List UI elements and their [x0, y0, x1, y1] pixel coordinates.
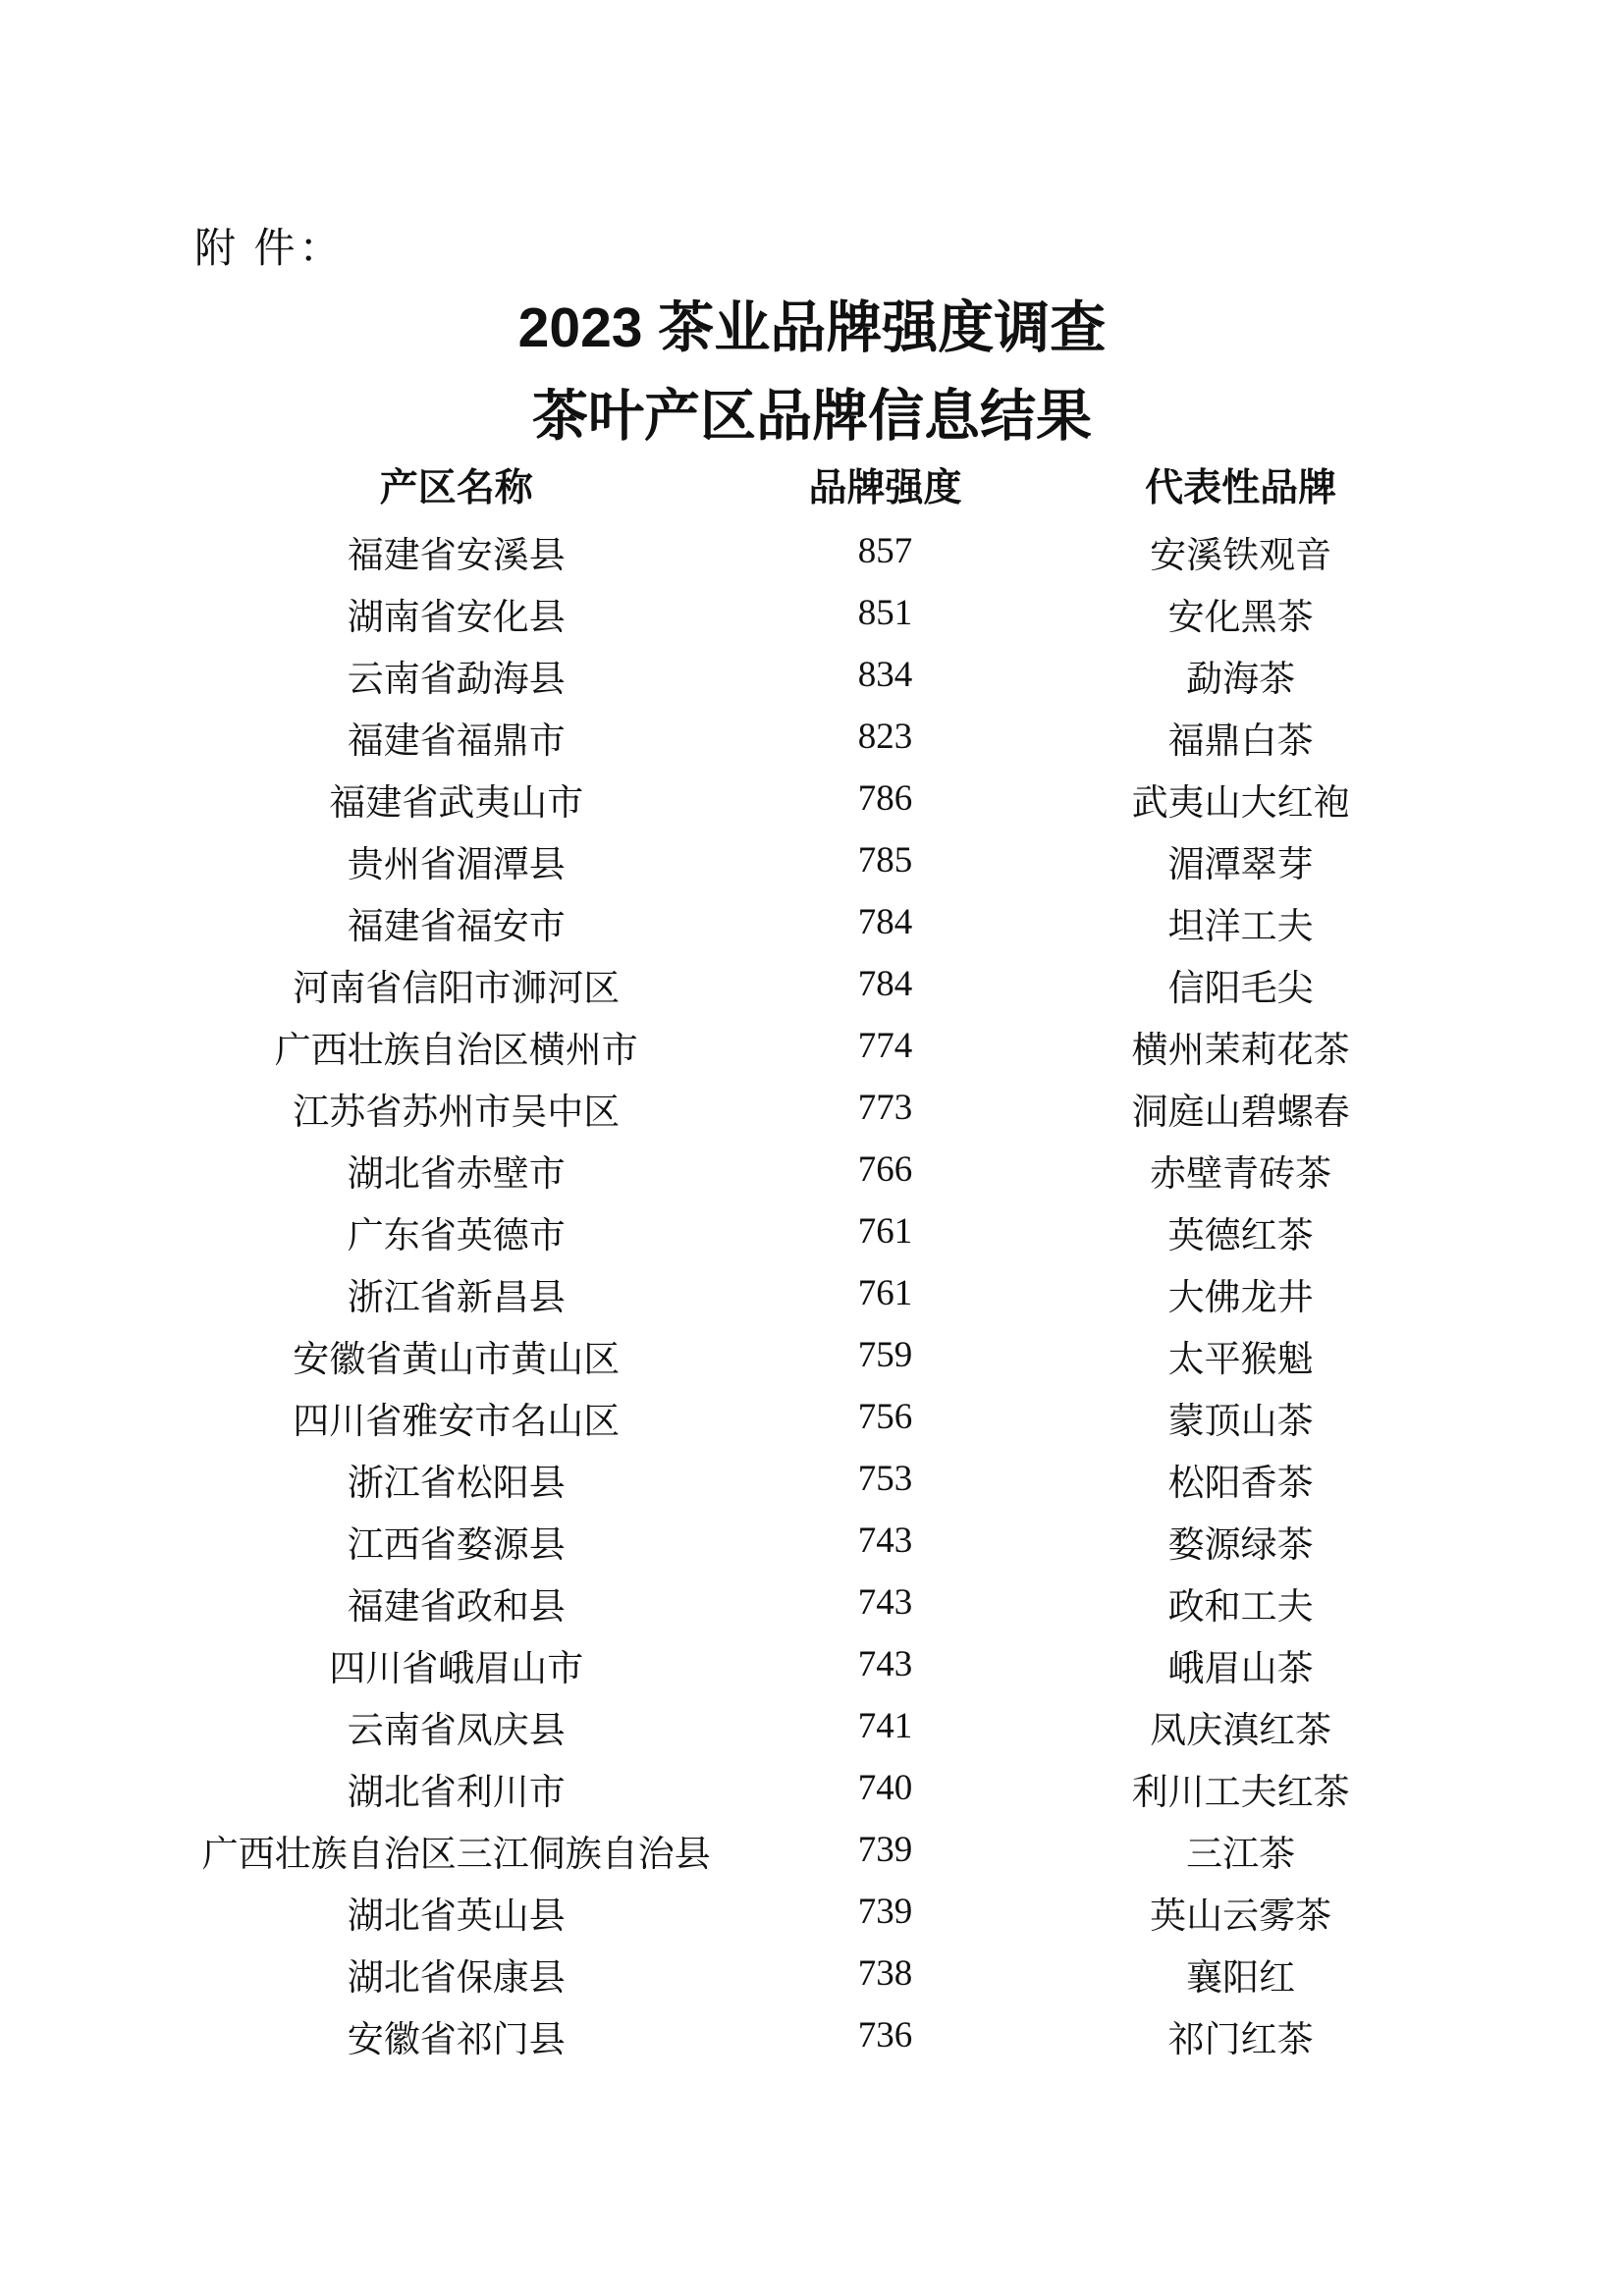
strength-cell: 736 — [766, 2014, 1005, 2056]
strength-cell: 761 — [766, 1210, 1005, 1253]
brand-cell: 洞庭山碧螺春 — [1004, 1082, 1477, 1135]
region-cell: 福建省武夷山市 — [147, 773, 766, 826]
table-row: 湖南省安化县 851 安化黑茶 — [147, 582, 1477, 644]
region-cell: 浙江省松阳县 — [147, 1453, 766, 1506]
header-brand-strength: 品牌强度 — [766, 457, 1005, 512]
brand-cell: 祁门红茶 — [1004, 2009, 1477, 2062]
region-cell: 湖北省保康县 — [147, 1948, 766, 2001]
region-cell: 湖北省英山县 — [147, 1886, 766, 1939]
strength-cell: 759 — [766, 1334, 1005, 1376]
strength-cell: 743 — [766, 1520, 1005, 1562]
table-row: 湖北省英山县 739 英山云雾茶 — [147, 1881, 1477, 1943]
brand-cell: 武夷山大红袍 — [1004, 773, 1477, 826]
region-cell: 江西省婺源县 — [147, 1515, 766, 1568]
header-region-name: 产区名称 — [147, 457, 766, 512]
strength-cell: 857 — [766, 530, 1005, 572]
strength-cell: 740 — [766, 1767, 1005, 1809]
region-cell: 云南省凤庆县 — [147, 1700, 766, 1753]
region-cell: 福建省福鼎市 — [147, 711, 766, 764]
document-title-line2: 茶叶产区品牌信息结果 — [0, 386, 1624, 447]
brand-cell: 利川工夫红茶 — [1004, 1762, 1477, 1815]
strength-cell: 761 — [766, 1272, 1005, 1314]
table-rows: 福建省安溪县 857 安溪铁观音 湖南省安化县 851 安化黑茶 云南省勐海县 … — [147, 520, 1477, 2066]
table-row: 贵州省湄潭县 785 湄潭翠芽 — [147, 829, 1477, 891]
table-row: 浙江省松阳县 753 松阳香茶 — [147, 1448, 1477, 1510]
strength-cell: 834 — [766, 654, 1005, 696]
strength-cell: 739 — [766, 1829, 1005, 1871]
region-cell: 河南省信阳市浉河区 — [147, 958, 766, 1011]
strength-cell: 773 — [766, 1087, 1005, 1129]
brand-cell: 赤壁青砖茶 — [1004, 1144, 1477, 1197]
region-cell: 江苏省苏州市吴中区 — [147, 1082, 766, 1135]
brand-cell: 凤庆滇红茶 — [1004, 1700, 1477, 1753]
region-cell: 浙江省新昌县 — [147, 1267, 766, 1320]
table-row: 福建省安溪县 857 安溪铁观音 — [147, 520, 1477, 582]
table-row: 云南省凤庆县 741 凤庆滇红茶 — [147, 1695, 1477, 1757]
table-row: 福建省武夷山市 786 武夷山大红袍 — [147, 768, 1477, 829]
strength-cell: 743 — [766, 1643, 1005, 1685]
region-cell: 福建省福安市 — [147, 896, 766, 949]
attachment-label: 附 件： — [194, 216, 345, 275]
table-row: 安徽省黄山市黄山区 759 太平猴魁 — [147, 1324, 1477, 1386]
table-row: 四川省雅安市名山区 756 蒙顶山茶 — [147, 1386, 1477, 1448]
table-row: 江苏省苏州市吴中区 773 洞庭山碧螺春 — [147, 1077, 1477, 1139]
strength-cell: 741 — [766, 1705, 1005, 1747]
strength-cell: 753 — [766, 1458, 1005, 1500]
document-page: 附 件： 2023 茶业品牌强度调查 茶叶产区品牌信息结果 产区名称 品牌强度 … — [0, 0, 1624, 2296]
header-representative-brand: 代表性品牌 — [1004, 457, 1477, 512]
region-cell: 云南省勐海县 — [147, 649, 766, 702]
brand-cell: 松阳香茶 — [1004, 1453, 1477, 1506]
table-row: 浙江省新昌县 761 大佛龙井 — [147, 1262, 1477, 1324]
document-title-line1: 2023 茶业品牌强度调查 — [0, 297, 1624, 358]
brand-cell: 英山云雾茶 — [1004, 1886, 1477, 1939]
strength-cell: 766 — [766, 1148, 1005, 1191]
region-cell: 四川省雅安市名山区 — [147, 1391, 766, 1444]
region-cell: 广西壮族自治区横州市 — [147, 1020, 766, 1073]
region-cell: 广西壮族自治区三江侗族自治县 — [147, 1824, 766, 1877]
region-cell: 贵州省湄潭县 — [147, 834, 766, 887]
table-row: 湖北省利川市 740 利川工夫红茶 — [147, 1757, 1477, 1819]
region-cell: 福建省政和县 — [147, 1576, 766, 1629]
table-row: 河南省信阳市浉河区 784 信阳毛尖 — [147, 953, 1477, 1015]
strength-cell: 784 — [766, 901, 1005, 943]
region-cell: 湖南省安化县 — [147, 587, 766, 640]
strength-cell: 786 — [766, 777, 1005, 820]
brand-cell: 福鼎白茶 — [1004, 711, 1477, 764]
brand-cell: 峨眉山茶 — [1004, 1638, 1477, 1691]
region-cell: 湖北省赤壁市 — [147, 1144, 766, 1197]
table-row: 广西壮族自治区横州市 774 横州茉莉花茶 — [147, 1015, 1477, 1077]
brand-cell: 太平猴魁 — [1004, 1329, 1477, 1382]
region-cell: 安徽省祁门县 — [147, 2009, 766, 2062]
brand-cell: 英德红茶 — [1004, 1205, 1477, 1258]
strength-cell: 743 — [766, 1581, 1005, 1624]
region-cell: 福建省安溪县 — [147, 525, 766, 578]
strength-cell: 851 — [766, 592, 1005, 634]
brand-cell: 湄潭翠芽 — [1004, 834, 1477, 887]
region-cell: 湖北省利川市 — [147, 1762, 766, 1815]
brand-cell: 信阳毛尖 — [1004, 958, 1477, 1011]
table-row: 四川省峨眉山市 743 峨眉山茶 — [147, 1633, 1477, 1695]
strength-cell: 739 — [766, 1891, 1005, 1933]
region-cell: 安徽省黄山市黄山区 — [147, 1329, 766, 1382]
brand-cell: 大佛龙井 — [1004, 1267, 1477, 1320]
brand-cell: 坦洋工夫 — [1004, 896, 1477, 949]
brand-cell: 三江茶 — [1004, 1824, 1477, 1877]
table-header-row: 产区名称 品牌强度 代表性品牌 — [147, 454, 1477, 516]
table-row: 广西壮族自治区三江侗族自治县 739 三江茶 — [147, 1819, 1477, 1881]
table-row: 广东省英德市 761 英德红茶 — [147, 1201, 1477, 1262]
brand-cell: 安化黑茶 — [1004, 587, 1477, 640]
table-row: 云南省勐海县 834 勐海茶 — [147, 644, 1477, 706]
table-row: 福建省福安市 784 坦洋工夫 — [147, 891, 1477, 953]
region-cell: 广东省英德市 — [147, 1205, 766, 1258]
brand-strength-table: 产区名称 品牌强度 代表性品牌 福建省安溪县 857 安溪铁观音 湖南省安化县 … — [147, 454, 1477, 2066]
table-row: 安徽省祁门县 736 祁门红茶 — [147, 2004, 1477, 2066]
strength-cell: 756 — [766, 1396, 1005, 1438]
table-row: 湖北省赤壁市 766 赤壁青砖茶 — [147, 1139, 1477, 1201]
strength-cell: 823 — [766, 716, 1005, 758]
brand-cell: 勐海茶 — [1004, 649, 1477, 702]
brand-cell: 政和工夫 — [1004, 1576, 1477, 1629]
region-cell: 四川省峨眉山市 — [147, 1638, 766, 1691]
brand-cell: 安溪铁观音 — [1004, 525, 1477, 578]
brand-cell: 蒙顶山茶 — [1004, 1391, 1477, 1444]
strength-cell: 774 — [766, 1025, 1005, 1067]
brand-cell: 襄阳红 — [1004, 1948, 1477, 2001]
table-row: 湖北省保康县 738 襄阳红 — [147, 1943, 1477, 2004]
brand-cell: 横州茉莉花茶 — [1004, 1020, 1477, 1073]
strength-cell: 785 — [766, 839, 1005, 881]
table-row: 福建省福鼎市 823 福鼎白茶 — [147, 706, 1477, 768]
table-row: 福建省政和县 743 政和工夫 — [147, 1572, 1477, 1633]
brand-cell: 婺源绿茶 — [1004, 1515, 1477, 1568]
document-title: 2023 茶业品牌强度调查 茶叶产区品牌信息结果 — [0, 297, 1624, 447]
strength-cell: 738 — [766, 1952, 1005, 1995]
table-row: 江西省婺源县 743 婺源绿茶 — [147, 1510, 1477, 1572]
strength-cell: 784 — [766, 963, 1005, 1005]
